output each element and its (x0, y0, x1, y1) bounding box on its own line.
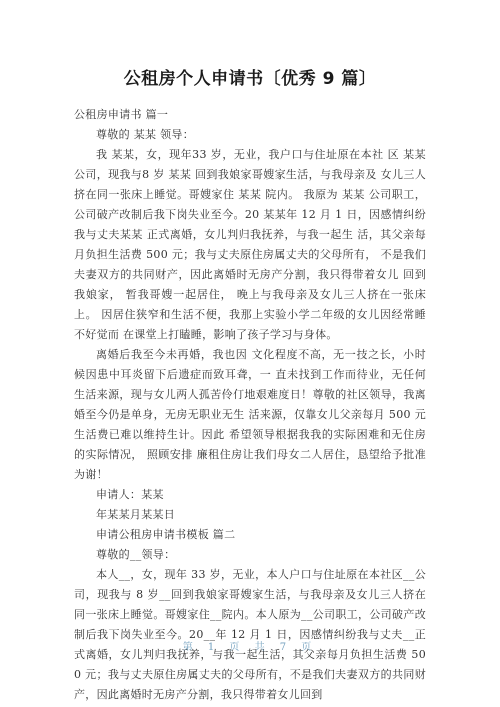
document-page: 公租房个人申请书〔优秀 9 篇〕 公租房申请书 篇一尊敬的 某某 领导：我 某某… (0, 0, 500, 707)
body-paragraph-2: 离婚后我至今未再婚，我也因 文化程度不高，无一技之长，小时候因患中耳炎留下后遗症… (74, 345, 426, 485)
page-number-footer: 第 1 页 共 7 页 (0, 641, 500, 655)
signature-line: 申请人：某某 (74, 485, 426, 505)
document-title: 公租房个人申请书〔优秀 9 篇〕 (74, 68, 426, 90)
section-heading-1: 公租房申请书 篇一 (74, 105, 426, 125)
salutation-2: 尊敬的__领导： (74, 545, 426, 565)
date-line: 年某某月某某日 (74, 505, 426, 525)
body-paragraph-3: 本人__，女，现年 33 岁，无业，本人户口与住址原在本社区__公司，现我与 8… (74, 565, 426, 705)
salutation-1: 尊敬的 某某 领导： (74, 125, 426, 145)
page-number-text: 第 1 页 共 7 页 (183, 642, 318, 653)
body-paragraph-1: 我 某某，女，现年33 岁，无业，我户口与住址原在本社 区 某某 公司，现我与8… (74, 145, 426, 345)
document-body: 公租房申请书 篇一尊敬的 某某 领导：我 某某，女，现年33 岁，无业，我户口与… (74, 105, 426, 705)
section-heading-2: 申请公租房申请书模板 篇二 (74, 525, 426, 545)
